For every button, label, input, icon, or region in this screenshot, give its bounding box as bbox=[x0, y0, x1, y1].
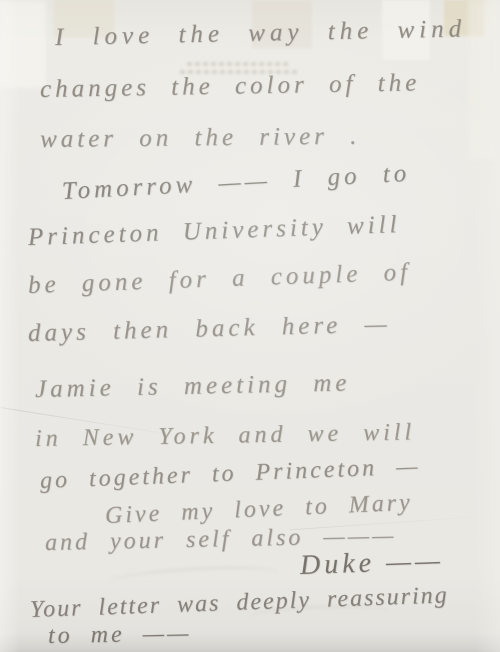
postscript-line: to me —— bbox=[48, 621, 192, 650]
letter-line: Tomorrow —— I go to bbox=[61, 160, 411, 206]
letter-line: Princeton University will bbox=[28, 211, 401, 252]
letter-line: Jamie is meeting me bbox=[35, 369, 351, 404]
letter-line: changes the color of the bbox=[40, 69, 421, 104]
tape-mark-right-strip bbox=[468, 0, 500, 160]
postscript-line: Your letter was deeply reassuring bbox=[30, 582, 450, 624]
letter-line: days then back here — bbox=[28, 311, 391, 348]
signature: Duke —— bbox=[299, 545, 444, 582]
letter-photo: I love the way the wind changes the colo… bbox=[0, 0, 500, 652]
letter-line: in New York and we will bbox=[35, 419, 416, 453]
letter-line: go together to Princeton — bbox=[39, 453, 420, 495]
ghost-writing-smudge bbox=[110, 564, 281, 591]
letter-line: water on the river . bbox=[40, 123, 361, 154]
tape-mark-top-left-corner bbox=[0, 0, 46, 88]
letter-line: be gone for a couple of bbox=[28, 259, 412, 300]
